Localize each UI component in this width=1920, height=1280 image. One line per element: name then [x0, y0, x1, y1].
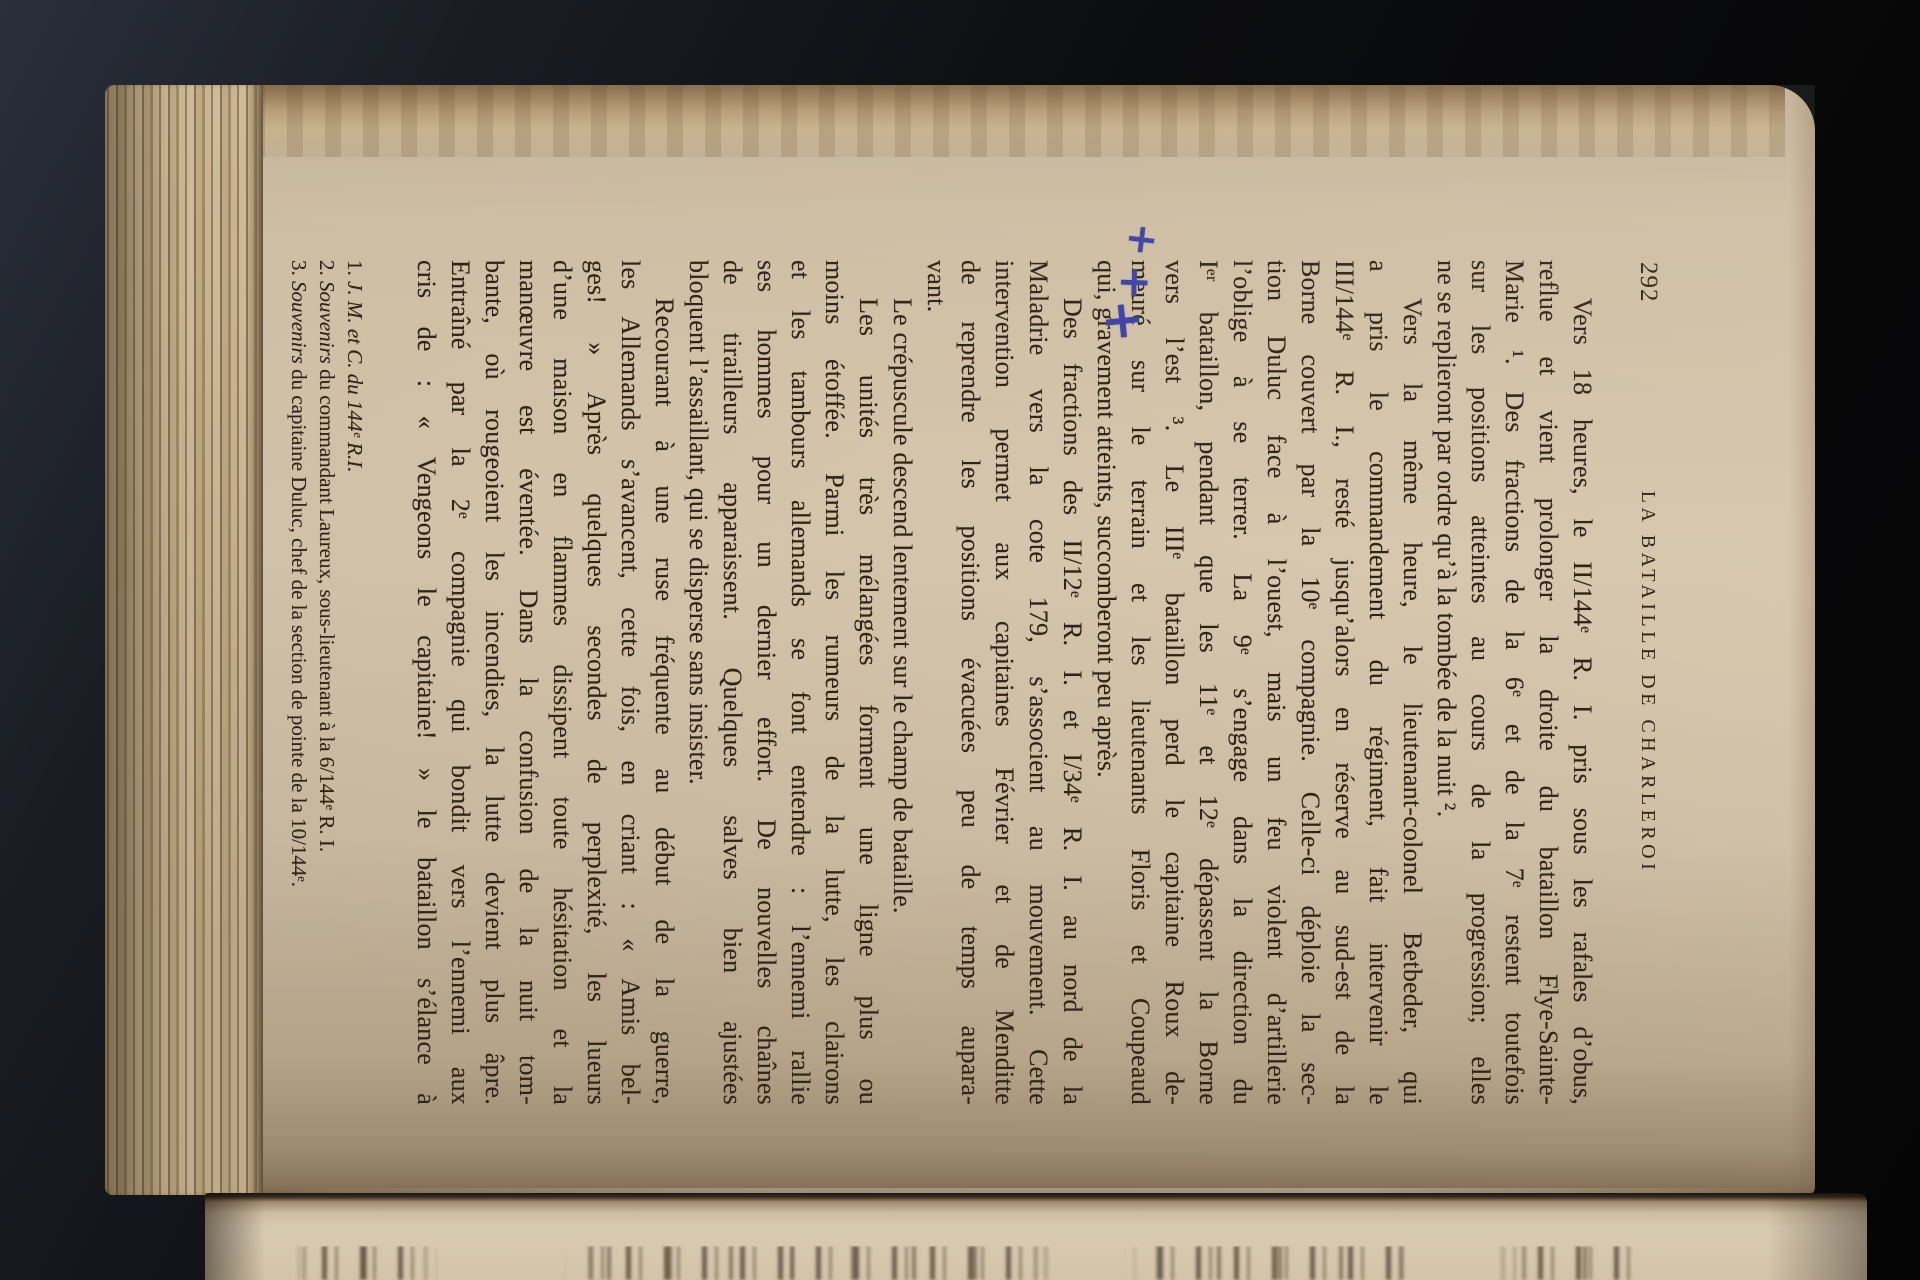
text-line: Vers 18 heures, le II/144ᵉ R. I. pris so…	[1565, 260, 1599, 1105]
footnotes: 1. J. M. et C. du 144ᵉ R.I.2. Souvenirs …	[285, 260, 369, 1105]
text-line: vant.	[919, 260, 953, 1105]
text-line: bante, où rougeoient les incendies, la l…	[477, 260, 511, 1105]
page-number: 292	[1634, 262, 1662, 303]
cross-mark-icon: +	[1091, 296, 1156, 346]
text-line: Les unités très mélangées forment une li…	[851, 260, 885, 1105]
text-line: Marie ¹. Des fractions de la 6ᵉ et de la…	[1497, 260, 1531, 1105]
text-line: Iᵉʳ bataillon, pendant que les 11ᵉ et 12…	[1191, 260, 1225, 1105]
printed-text-block: 292 LA BATAILLE DE CHARLEROI Vers 18 heu…	[285, 260, 1663, 1105]
text-line: Recourant à une ruse fréquente au début …	[647, 260, 681, 1105]
text-line: cris de : « Vengeons le capitaine! » le …	[409, 260, 443, 1105]
facing-page-blurred-text	[275, 1246, 1642, 1280]
text-line: III/144ᵉ R. I., resté jusqu’alors en rés…	[1327, 260, 1361, 1105]
text-line: moins étoffée. Parmi les rumeurs de la l…	[817, 260, 851, 1105]
book-fore-edge	[105, 85, 263, 1195]
text-line: ne se replieront par ordre qu’à la tombé…	[1429, 260, 1463, 1105]
text-line: de reprendre les positions évacuées peu …	[953, 260, 987, 1105]
page-top-rough-edge	[263, 85, 1785, 157]
text-line: de tirailleurs apparaissent. Quelques sa…	[715, 260, 749, 1105]
text-line: Vers la même heure, le lieutenant-colone…	[1395, 260, 1429, 1105]
handwritten-cross-marks: + + +	[1090, 215, 1170, 365]
text-line: Maladrie vers la cote 179, s’associent a…	[1021, 260, 1055, 1105]
cross-mark-icon: +	[1110, 264, 1160, 301]
text-line: tion Duluc face à l’ouest, mais un feu v…	[1259, 260, 1293, 1105]
text-line: Entraîné par la 2ᵉ compagnie qui bondit …	[443, 260, 477, 1105]
footnote-line: 2. Souvenirs du commandant Laureux, sous…	[313, 260, 341, 1105]
text-line: sur les positions atteintes au cours de …	[1463, 260, 1497, 1105]
footnote-line: 1. J. M. et C. du 144ᵉ R.I.	[341, 260, 369, 1105]
text-line: ges! » Après quelques secondes de perple…	[579, 260, 613, 1105]
running-header: 292 LA BATAILLE DE CHARLEROI	[1633, 260, 1663, 1105]
text-line: intervention permet aux capitaines Févri…	[987, 260, 1021, 1105]
text-line: Borne couvert par la 10ᵉ compagnie. Cell…	[1293, 260, 1327, 1105]
footnote-line: 3. Souvenirs du capitaine Duluc, chef de…	[285, 260, 313, 1105]
text-line: Des fractions des II/12ᵉ R. I. et I/34ᵉ …	[1055, 260, 1089, 1105]
text-line: vers l’est ³. Le IIIᵉ bataillon perd le …	[1157, 260, 1191, 1105]
text-line: meuré sur le terrain et les lieutenants …	[1123, 260, 1157, 1105]
text-line: et les tambours allemands se font entend…	[783, 260, 817, 1105]
text-line: a pris le commandement du régiment, fait…	[1361, 260, 1395, 1105]
book-page: 292 LA BATAILLE DE CHARLEROI Vers 18 heu…	[105, 85, 1815, 1195]
text-line: manœuvre est éventée. Dans la confusion …	[511, 260, 545, 1105]
running-title: LA BATAILLE DE CHARLEROI	[1636, 260, 1663, 1105]
photo-background: { "colors": { "paper": "#d3c4ab", "ink":…	[0, 0, 1920, 1280]
text-line: bloquent l’assaillant, qui se disperse s…	[681, 260, 715, 1105]
text-line: les Allemands s’avancent, cette fois, en…	[613, 260, 647, 1105]
text-line: Le crépuscule descend lentement sur le c…	[885, 260, 919, 1105]
facing-page	[205, 1193, 1867, 1280]
cross-mark-icon: +	[1117, 220, 1168, 259]
text-line: d’une maison en flammes dissipent toute …	[545, 260, 579, 1105]
body-text: Vers 18 heures, le II/144ᵉ R. I. pris so…	[409, 260, 1599, 1105]
text-line: l’oblige à se terrer. La 9ᵉ s’engage dan…	[1225, 260, 1259, 1105]
text-line: ses hommes pour un dernier effort. De no…	[749, 260, 783, 1105]
page-clip: 292 LA BATAILLE DE CHARLEROI Vers 18 heu…	[105, 85, 1815, 1195]
text-line: reflue et vient prolonger la droite du b…	[1531, 260, 1565, 1105]
text-line: qui, gravement atteints, succomberont pe…	[1089, 260, 1123, 1105]
